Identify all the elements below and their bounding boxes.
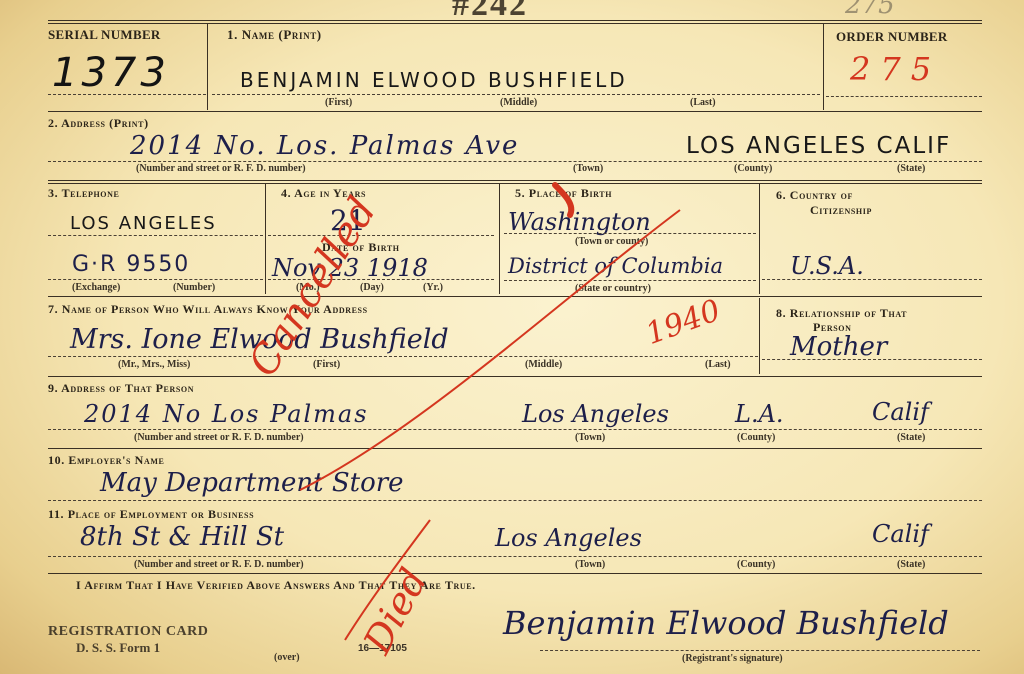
pob-sub-state: (State or country) — [575, 283, 651, 294]
row-rule — [48, 376, 982, 377]
divider — [207, 24, 208, 110]
contact-person-line — [48, 356, 758, 357]
pob-line-2 — [504, 280, 756, 281]
employer-line — [48, 500, 982, 501]
order-number-value: 275 — [850, 50, 941, 88]
contact-sub-title: (Mr., Mrs., Miss) — [118, 359, 190, 370]
employment-sub-state: (State) — [897, 559, 925, 570]
divider — [823, 24, 824, 110]
name-sub-last: (Last) — [690, 97, 716, 108]
contact-address-sub-state: (State) — [897, 432, 925, 443]
name-sub-middle: (Middle) — [500, 97, 537, 108]
telephone-number: G·R 9550 — [72, 252, 190, 277]
employment-sub-street: (Number and street or R. F. D. number) — [134, 559, 304, 570]
employment-place-label: 11. Place of Employment or Business — [48, 507, 254, 522]
divider — [759, 184, 760, 294]
contact-address-label: 9. Address of That Person — [48, 381, 194, 396]
top-rule — [48, 20, 982, 21]
telephone-line-1 — [48, 235, 263, 236]
card-title: REGISTRATION CARD — [48, 624, 208, 640]
divider — [499, 184, 500, 294]
contact-address-street: 2014 No Los Palmas — [84, 400, 369, 428]
contact-address-county: L.A. — [735, 400, 784, 428]
citizenship-label-1: 6. Country of — [776, 188, 853, 203]
divider — [759, 298, 760, 374]
row-rule — [48, 448, 982, 449]
employment-state: Calif — [872, 520, 929, 548]
died-annotation: Died — [355, 561, 436, 661]
contact-address-sub-county: (County) — [737, 432, 775, 443]
employment-sub-county: (County) — [737, 559, 775, 570]
signature-caption: (Registrant's signature) — [682, 653, 783, 664]
address-line — [48, 161, 982, 162]
address-county-state: LOS ANGELES CALIF — [686, 133, 951, 159]
row-rule — [48, 180, 982, 181]
signature-line — [540, 650, 980, 651]
place-of-birth-state: District of Columbia — [508, 254, 723, 278]
pob-line-1 — [504, 233, 756, 234]
place-of-birth-town: Washington — [508, 208, 651, 236]
pob-sub-town: (Town or county) — [575, 236, 648, 247]
telephone-sub-number: (Number) — [173, 282, 215, 293]
relationship-label-1: 8. Relationship of That — [776, 306, 907, 321]
employment-town: Los Angeles — [495, 524, 642, 552]
form-name: D. S. S. Form 1 — [76, 640, 160, 656]
divider — [265, 184, 266, 294]
citizenship-value: U.S.A. — [790, 252, 864, 280]
address-street: 2014 No. Los. Palmas Ave — [130, 131, 519, 161]
address-sub-town: (Town) — [573, 163, 603, 174]
registration-card: #242 275 SERIAL NUMBER 1373 1. Name (Pri… — [0, 0, 1024, 674]
registrant-signature: Benjamin Elwood Bushfield — [503, 604, 949, 642]
dob-sub-yr: (Yr.) — [423, 282, 443, 293]
address-sub-street: (Number and street or R. F. D. number) — [136, 163, 306, 174]
dob-sub-day: (Day) — [360, 282, 384, 293]
order-number-line — [826, 96, 982, 97]
place-of-birth-label: 5. Place of Birth — [515, 186, 612, 201]
address-sub-state: (State) — [897, 163, 925, 174]
name-sub-first: (First) — [325, 97, 352, 108]
row-rule — [48, 296, 982, 297]
age-line — [268, 235, 494, 236]
year-annotation: 1940 — [641, 293, 725, 352]
relationship-line — [762, 359, 982, 360]
name-line — [212, 94, 820, 95]
employer-label: 10. Employer's Name — [48, 453, 164, 468]
contact-address-sub-town: (Town) — [575, 432, 605, 443]
telephone-exchange-city: LOS ANGELES — [70, 213, 217, 234]
telephone-line-2 — [48, 279, 263, 280]
serial-number-line — [48, 94, 206, 95]
over-note: (over) — [274, 652, 300, 663]
contact-sub-last: (Last) — [705, 359, 731, 370]
address-sub-county: (County) — [734, 163, 772, 174]
contact-address-town: Los Angeles — [522, 400, 669, 428]
serial-number-value: 1373 — [52, 50, 170, 96]
row-rule — [48, 573, 982, 574]
employment-line — [48, 556, 982, 557]
row-rule — [48, 111, 982, 112]
contact-sub-first: (First) — [313, 359, 340, 370]
serial-number-label: SERIAL NUMBER — [48, 27, 161, 43]
order-number-label: ORDER NUMBER — [836, 29, 948, 45]
telephone-sub-exchange: (Exchange) — [72, 282, 120, 293]
citizenship-line — [762, 279, 982, 280]
pencil-number: 275 — [845, 0, 895, 20]
contact-address-state: Calif — [872, 398, 929, 426]
employer-value: May Department Store — [100, 468, 404, 498]
employment-street: 8th St & Hill St — [80, 522, 284, 552]
relationship-value: Mother — [790, 332, 887, 362]
employment-sub-town: (Town) — [575, 559, 605, 570]
contact-address-sub-street: (Number and street or R. F. D. number) — [134, 432, 304, 443]
citizenship-label-2: Citizenship — [810, 203, 872, 218]
contact-sub-middle: (Middle) — [525, 359, 562, 370]
address-label: 2. Address (Print) — [48, 116, 149, 131]
name-value: BENJAMIN ELWOOD BUSHFIELD — [240, 68, 628, 92]
name-label: 1. Name (Print) — [227, 27, 322, 43]
telephone-label: 3. Telephone — [48, 186, 119, 201]
contact-address-line — [48, 429, 982, 430]
